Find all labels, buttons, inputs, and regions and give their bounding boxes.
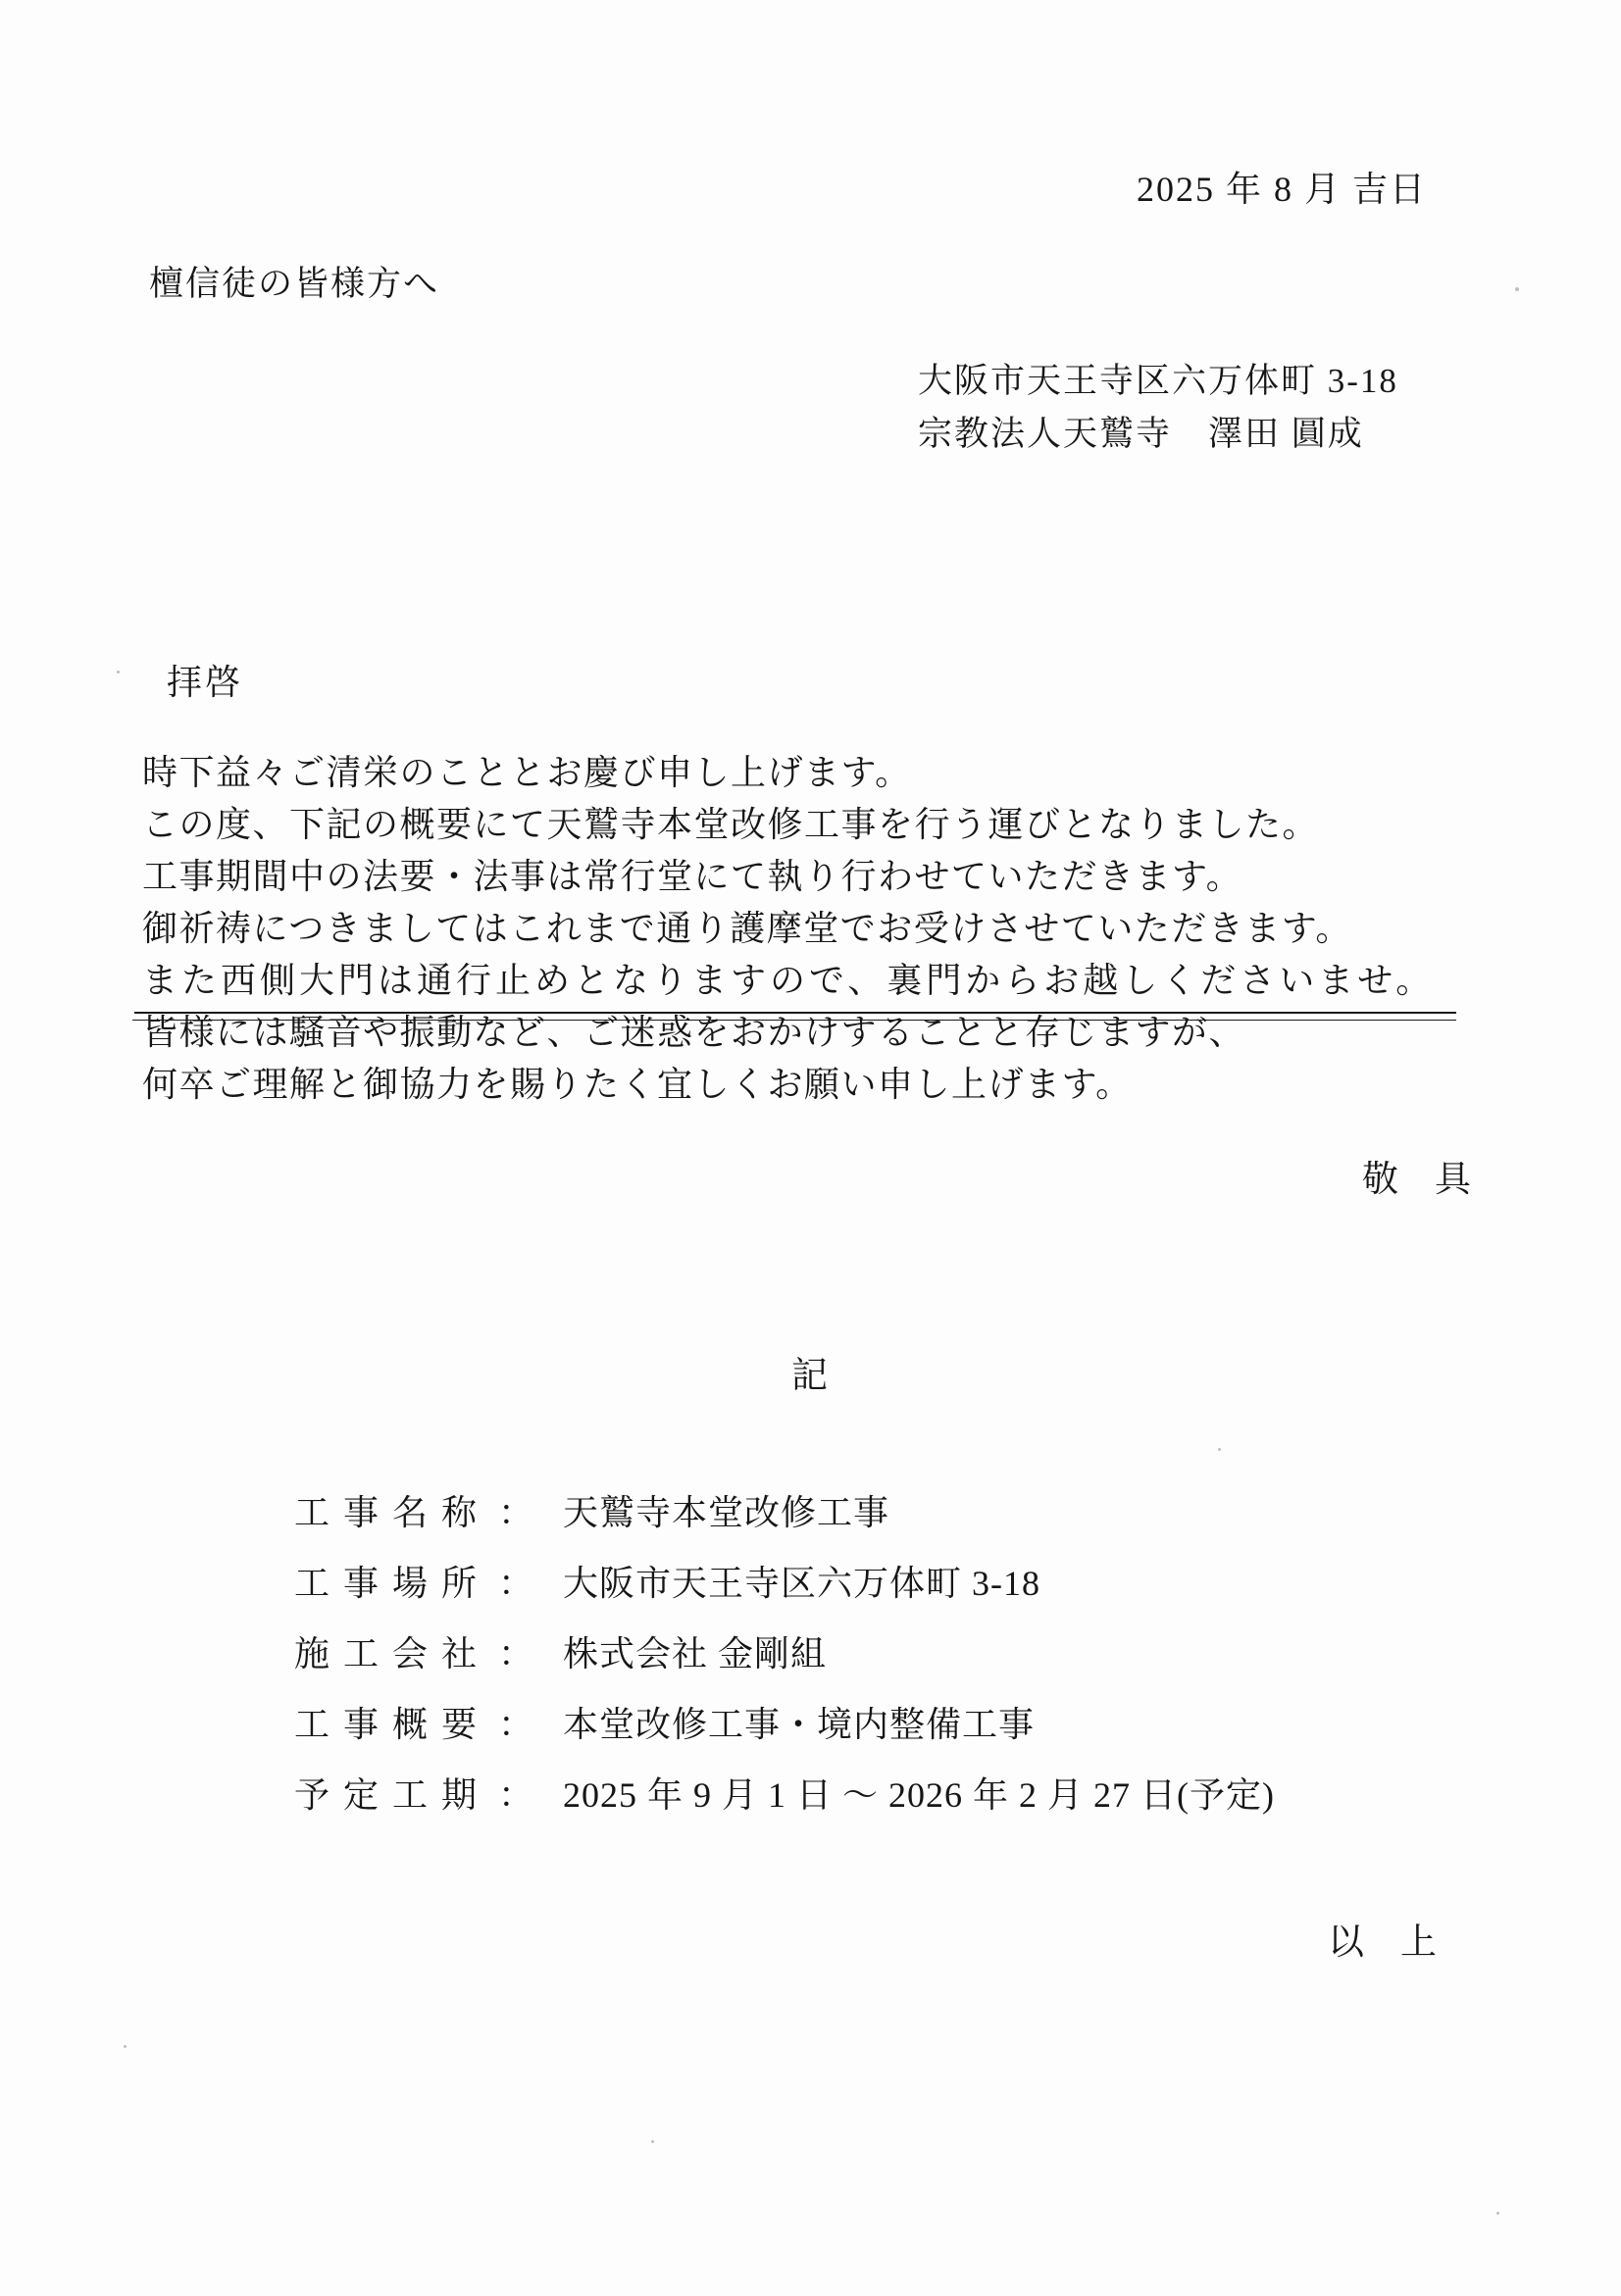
detail-label: 工事場所 [294, 1556, 490, 1606]
detail-value: 大阪市天王寺区六万体町 3-18 [563, 1556, 1040, 1606]
sender-address: 大阪市天王寺区六万体町 3-18 [918, 355, 1398, 408]
record-marker-ki: 記 [0, 1345, 1621, 1398]
construction-details: 工事名称 ： 天鷲寺本堂改修工事 工事場所 ： 大阪市天王寺区六万体町 3-18… [294, 1485, 1275, 1838]
body-line: この度、下記の概要にて天鷲寺本堂改修工事を行う運びとなりました。 [142, 799, 1435, 851]
scan-speck [1515, 287, 1519, 291]
body-line: 時下益々ご清栄のこととお慶び申し上げます。 [142, 747, 1435, 799]
detail-colon: ： [498, 1556, 533, 1606]
detail-value: 2025 年 9 月 1 日 〜 2026 年 2 月 27 日(予定) [563, 1768, 1275, 1818]
scan-speck [1496, 2212, 1499, 2215]
detail-value: 本堂改修工事・境内整備工事 [563, 1697, 1035, 1747]
scan-speck [117, 671, 120, 674]
detail-value: 天鷲寺本堂改修工事 [563, 1485, 889, 1535]
body-line: 工事期間中の法要・法事は常行堂にて執り行わせていただきます。 [142, 851, 1435, 903]
detail-row-contractor: 施工会社 ： 株式会社 金剛組 [294, 1626, 1275, 1697]
body-line: 何卒ご理解と御協力を賜りたく宜しくお願い申し上げます。 [142, 1059, 1435, 1111]
sender-name: 宗教法人天鷲寺 澤田 圓成 [918, 408, 1398, 461]
scan-speck [124, 2045, 127, 2048]
detail-row-place: 工事場所 ： 大阪市天王寺区六万体町 3-18 [294, 1556, 1275, 1626]
detail-label: 予定工期 [294, 1768, 490, 1818]
underlined-notice-text: また西側大門は通行止めとなりますので、裏門からお越しくださいませ。 [142, 955, 1435, 1007]
detail-value: 株式会社 金剛組 [563, 1626, 827, 1676]
detail-colon: ： [498, 1626, 533, 1676]
detail-colon: ： [498, 1485, 533, 1535]
end-marker-ijou: 以 上 [1328, 1912, 1437, 1965]
letter-date: 2025 年 8 月 吉日 [1137, 162, 1427, 212]
body-line: 御祈祷につきましてはこれまで通り護摩堂でお受けさせていただきます。 [142, 903, 1435, 955]
letter-page: 2025 年 8 月 吉日 檀信徒の皆様方へ 大阪市天王寺区六万体町 3-18 … [0, 0, 1621, 2296]
body-line-underlined: また西側大門は通行止めとなりますので、裏門からお越しくださいませ。 [142, 955, 1435, 1007]
closing-keigu: 敬 具 [1362, 1149, 1471, 1202]
salutation: 拝啓 [167, 655, 243, 705]
recipient-line: 檀信徒の皆様方へ [149, 257, 439, 306]
detail-label: 工事概要 [294, 1697, 490, 1747]
sender-block: 大阪市天王寺区六万体町 3-18 宗教法人天鷲寺 澤田 圓成 [918, 355, 1398, 461]
letter-body: 時下益々ご清栄のこととお慶び申し上げます。 この度、下記の概要にて天鷲寺本堂改修… [142, 747, 1435, 1111]
detail-colon: ： [498, 1697, 533, 1747]
detail-row-schedule: 予定工期 ： 2025 年 9 月 1 日 〜 2026 年 2 月 27 日(… [294, 1768, 1275, 1838]
scan-speck [651, 2140, 654, 2143]
detail-row-name: 工事名称 ： 天鷲寺本堂改修工事 [294, 1485, 1275, 1556]
body-line: 皆様には騒音や振動など、ご迷惑をおかけすることと存じますが、 [142, 1007, 1435, 1059]
detail-label: 施工会社 [294, 1626, 490, 1676]
detail-label: 工事名称 [294, 1485, 490, 1535]
scan-speck [1218, 1448, 1221, 1451]
detail-row-outline: 工事概要 ： 本堂改修工事・境内整備工事 [294, 1697, 1275, 1768]
detail-colon: ： [498, 1768, 533, 1818]
